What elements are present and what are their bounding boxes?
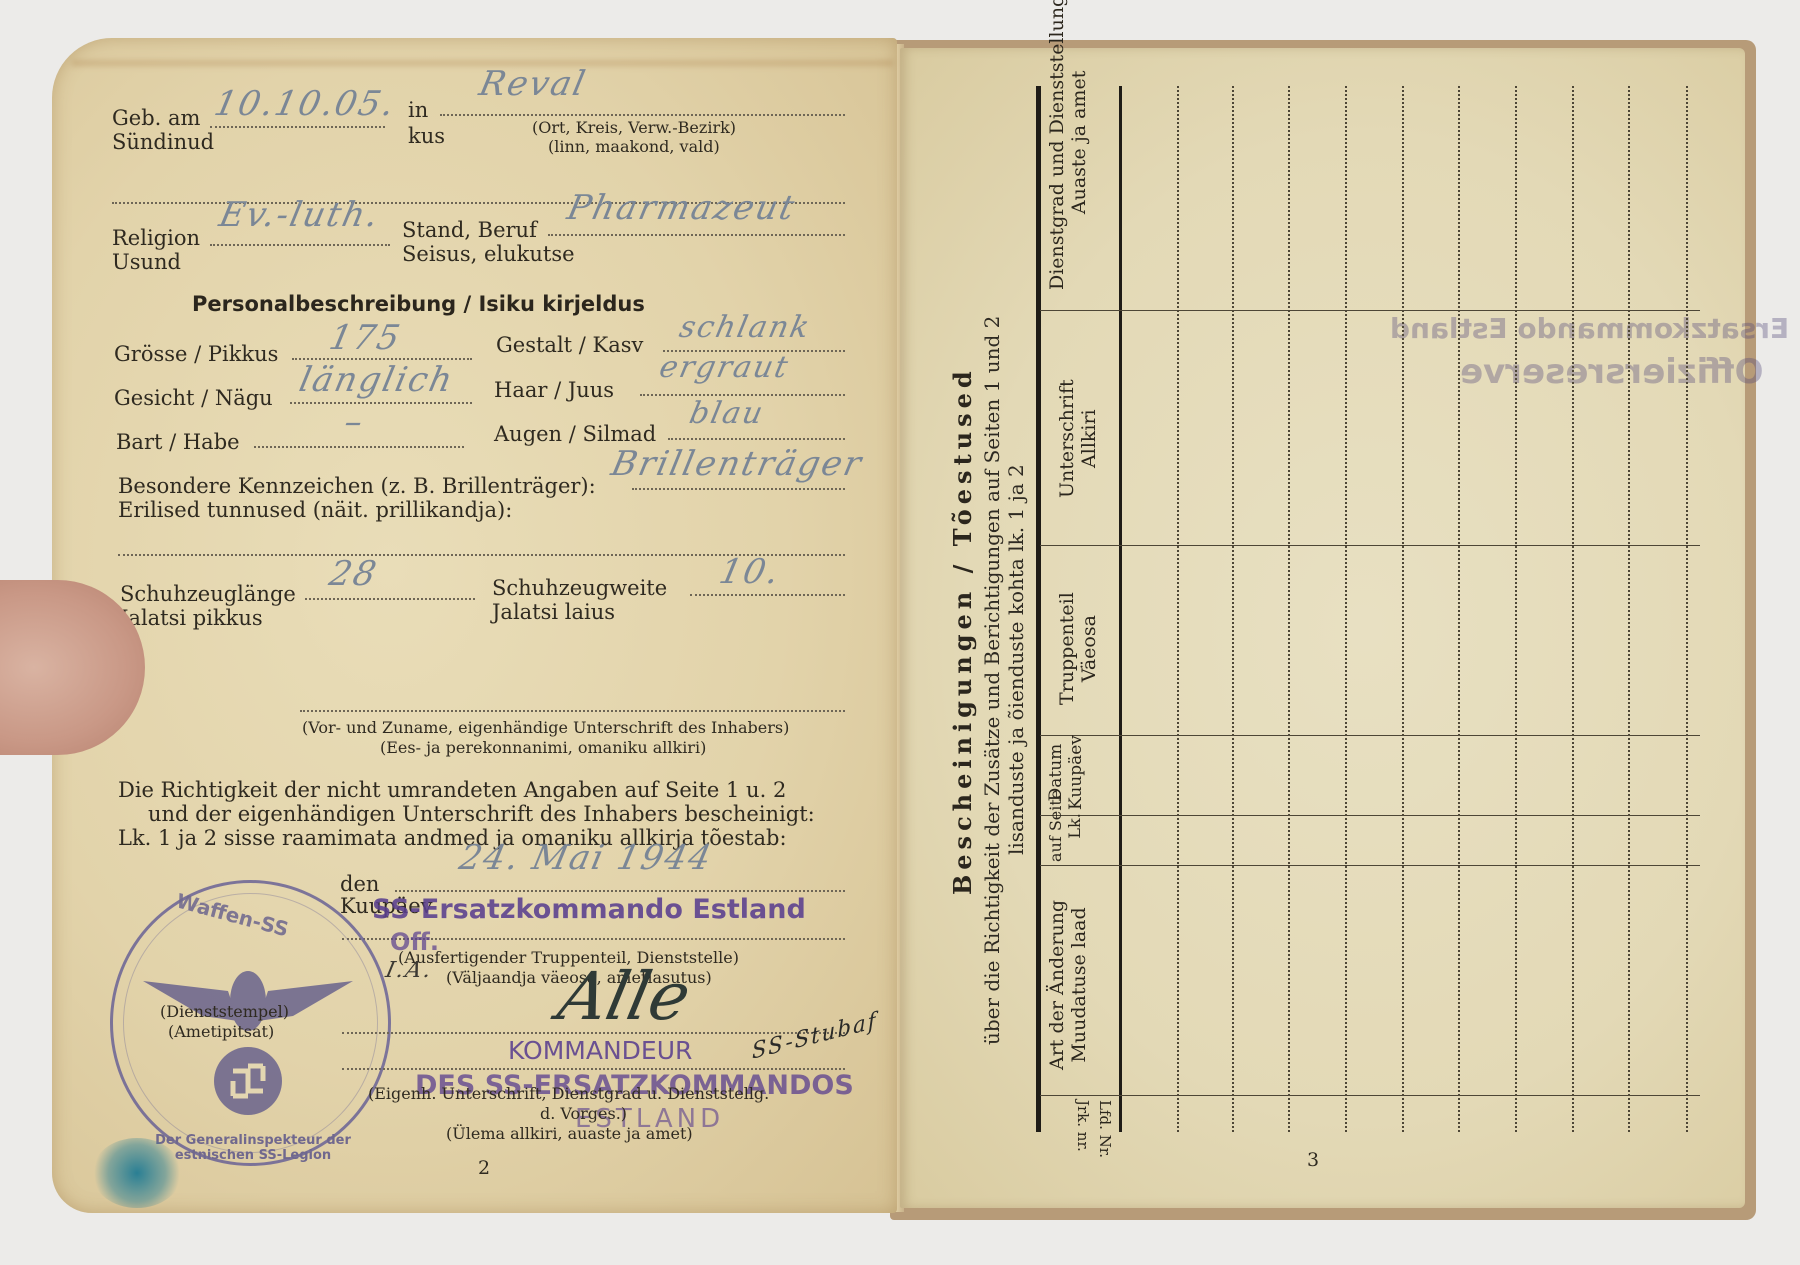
bleed-through-stamp-1: SS Ersatzkommando Estland [1390, 312, 1800, 345]
hair-label: Haar / Juus [494, 378, 614, 402]
birth-place-hint-de: (Ort, Kreis, Verw.-Bezirk) [532, 118, 736, 137]
shoe-length-line [305, 598, 475, 600]
shoe-width-line [690, 594, 845, 596]
shoe-width-label-et: Jalatsi laius [492, 600, 615, 624]
service-stamp-hint-de: (Dienststempel) [160, 1002, 289, 1021]
height-label: Grösse / Pikkus [114, 342, 278, 366]
occupation-line [548, 234, 845, 236]
column-header-lfd-nr: Lfd. Nr. Jrk. nr. [1072, 1100, 1116, 1132]
birth-place-line [440, 114, 845, 116]
row-rule [1040, 1095, 1700, 1096]
occupation-label-de: Stand, Beruf [402, 218, 537, 242]
column-header-datum: Datum Kuupäev [1046, 735, 1086, 810]
beard-line [254, 446, 464, 448]
holder-signature-hint-de: (Vor- und Zuname, eigenhändige Unterschr… [302, 718, 789, 737]
face-line [290, 402, 472, 404]
birth-date-line [210, 126, 385, 128]
religion-value: Ev.-luth. [216, 195, 384, 235]
officer-signature: Alle [552, 958, 697, 1035]
right-page-subtitle-et: lisanduste ja õienduste kohta lk. 1 ja 2 [1004, 464, 1028, 855]
column-header-unterschrift: Unterschrift Allkiri [1056, 379, 1100, 498]
page-number-right: 3 [1307, 1148, 1319, 1172]
holder-signature-line [300, 710, 845, 712]
ink-stain [92, 1138, 182, 1208]
shoe-width-value: 10. [716, 552, 785, 592]
build-value: schlank [676, 310, 814, 345]
eyes-line [668, 438, 845, 440]
page-number-left: 2 [478, 1156, 490, 1180]
table-left-border [1036, 86, 1041, 1132]
shoe-length-label-et: Jalatsi pikkus [120, 606, 263, 630]
row-rule [1040, 310, 1700, 311]
row-rule [1040, 735, 1700, 736]
column-rule [1458, 86, 1460, 1132]
religion-label-et: Usund [112, 250, 181, 274]
birth-place-value: Reval [476, 64, 591, 104]
column-rule [1402, 86, 1404, 1132]
special-marks-line [632, 488, 845, 490]
certification-line-2: und der eigenhändigen Unterschrift des I… [148, 802, 815, 826]
face-label: Gesicht / Nägu [114, 386, 273, 410]
i-a-label: I.A. [383, 958, 435, 983]
face-value: länglich [296, 360, 458, 400]
commander-stamp-line-1: KOMMANDEUR [508, 1036, 692, 1065]
shoe-length-label-de: Schuhzeuglänge [120, 582, 296, 606]
special-marks-label-de: Besondere Kennzeichen (z. B. Brillenträg… [118, 474, 596, 498]
column-header-art-der-aenderung: Art der Änderung Muudatuse laad [1046, 900, 1090, 1070]
height-value: 175 [326, 318, 405, 358]
occupation-label-et: Seisus, elukutse [402, 242, 575, 266]
row-rule [1040, 815, 1700, 816]
description-heading: Personalbeschreibung / Isiku kirjeldus [192, 292, 645, 316]
column-rule [1572, 86, 1574, 1132]
birth-date-value: 10.10.05. [211, 84, 400, 124]
right-page-subtitle-de: über die Richtigkeit der Zusätze und Ber… [980, 316, 1004, 1045]
officer-hint-et: (Ülema allkiri, auaste ja amet) [446, 1124, 693, 1143]
build-label: Gestalt / Kasv [496, 333, 643, 357]
shoe-length-value: 28 [326, 554, 382, 594]
column-rule [1345, 86, 1347, 1132]
special-marks-label-et: Erilised tunnused (näit. prillikandja): [118, 498, 512, 522]
bleed-through-stamp-2: Offiziersreserve [1460, 352, 1763, 392]
hair-value: ergraut [656, 350, 792, 385]
date-label-de: den [340, 872, 379, 896]
date-value: 24. Mai 1944 [456, 838, 717, 878]
column-header-truppenteil: Truppenteil Väeosa [1056, 592, 1100, 705]
birth-place-label-et: kus [408, 124, 445, 148]
column-rule [1515, 86, 1517, 1132]
row-rule [1040, 865, 1700, 866]
occupation-value: Pharmazeut [564, 188, 800, 228]
column-rule [1288, 86, 1290, 1132]
row-rule [1040, 545, 1700, 546]
date-line [395, 890, 845, 892]
right-page-title: Bescheinigungen / Tõestused [948, 366, 977, 895]
beard-label: Bart / Habe [116, 430, 240, 454]
column-rule [1177, 86, 1179, 1132]
officer-hint-de-1: (Eigenh. Unterschrift, Dienstgrad u. Die… [368, 1084, 769, 1103]
eagle-emblem-icon [143, 961, 353, 1121]
eyes-value: blau [686, 396, 767, 431]
column-rule [1628, 86, 1630, 1132]
unit-stamp: SS-Ersatzkommando Estland [372, 894, 806, 925]
religion-line [210, 244, 390, 246]
special-marks-value: Brillenträger [608, 444, 867, 484]
officer-hint-de-2: d. Vorges.) [540, 1104, 627, 1123]
holder-signature-hint-et: (Ees- ja perekonnanimi, omaniku allkiri) [380, 738, 706, 757]
column-rule [1686, 86, 1688, 1132]
certification-line-1: Die Richtigkeit der nicht umrandeten Ang… [118, 778, 786, 802]
birth-place-hint-et: (linn, maakond, vald) [548, 137, 720, 156]
birth-label-de: Geb. am [112, 106, 200, 130]
header-strip-border [1119, 86, 1122, 1132]
religion-label-de: Religion [112, 226, 200, 250]
eyes-label: Augen / Silmad [494, 422, 656, 446]
service-stamp-hint-et: (Ametipitsat) [168, 1022, 274, 1041]
shoe-width-label-de: Schuhzeugweite [492, 576, 667, 600]
column-rule [1232, 86, 1234, 1132]
birth-label-et: Sündinud [112, 130, 214, 154]
column-header-dienstgrad: Dienstgrad und Dienststellung Auaste ja … [1046, 0, 1090, 290]
birth-place-label-de: in [408, 98, 428, 122]
